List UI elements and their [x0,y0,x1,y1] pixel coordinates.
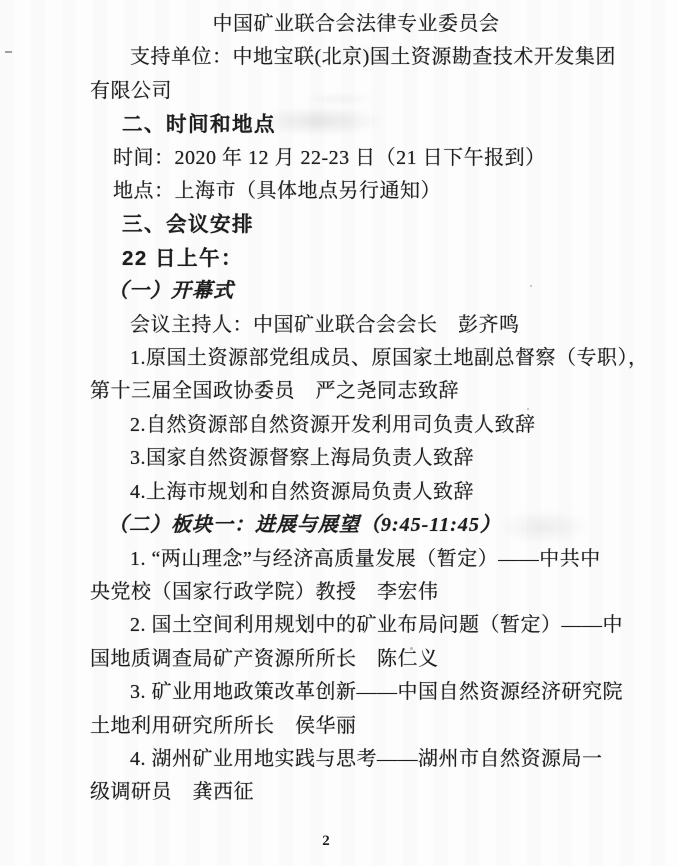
document-page: 中国矿业联合会法律专业委员会 支持单位：中地宝联(北京)国土资源勘查技术开发集团… [0,0,678,866]
talk4-line: 4. 湖州矿业用地实践与思考——湖州市自然资源局一 [90,743,622,776]
organizer-name-line: 中国矿业联合会法律专业委员会 [90,8,622,41]
support-unit-cont-line: 有限公司 [90,75,622,108]
support-unit-line: 支持单位：中地宝联(北京)国土资源勘查技术开发集团 [90,41,622,74]
speech4-line: 4.上海市规划和自然资源局负责人致辞 [90,476,622,509]
talk1-cont-line: 央党校（国家行政学院）教授 李宏伟 [90,576,622,609]
speech2-line: 2.自然资源部自然资源开发利用司负责人致辞 [90,409,622,442]
module1-heading: （二）板块一：进展与展望（9:45-11:45） [90,509,622,542]
scan-edge-mark [5,51,12,53]
talk1-line: 1. “两山理念”与经济高质量发展（暂定）——中共中 [90,543,622,576]
opening-ceremony-heading: （一）开幕式 [90,275,622,308]
speech1-line: 1.原国土资源部党组成员、原国家土地副总督察（专职）， [90,342,622,375]
talk3-cont-line: 土地利用研究所所长 侯华丽 [90,710,622,743]
section3-heading: 三、会议安排 [90,208,622,241]
talk4-cont-line: 级调研员 龚西征 [90,776,622,809]
host-line: 会议主持人：中国矿业联合会会长 彭齐鸣 [90,309,622,342]
section2-heading: 二、时间和地点 [90,108,622,141]
page-number: 2 [306,833,346,850]
talk3-line: 3. 矿业用地政策改革创新——中国自然资源经济研究院 [90,676,622,709]
time-line: 时间：2020 年 12 月 22-23 日（21 日下午报到） [90,142,622,175]
speech3-line: 3.国家自然资源督察上海局负责人致辞 [90,442,622,475]
document-body: 中国矿业联合会法律专业委员会 支持单位：中地宝联(北京)国土资源勘查技术开发集团… [90,8,622,810]
session-morning-heading: 22 日上午： [90,242,622,275]
location-line: 地点：上海市（具体地点另行通知） [90,175,622,208]
talk2-line: 2. 国土空间利用规划中的矿业布局问题（暂定）——中 [90,609,622,642]
talk2-cont-line: 国地质调查局矿产资源所所长 陈仁义 [90,643,622,676]
speech1-cont-line: 第十三届全国政协委员 严之尧同志致辞 [90,375,622,408]
